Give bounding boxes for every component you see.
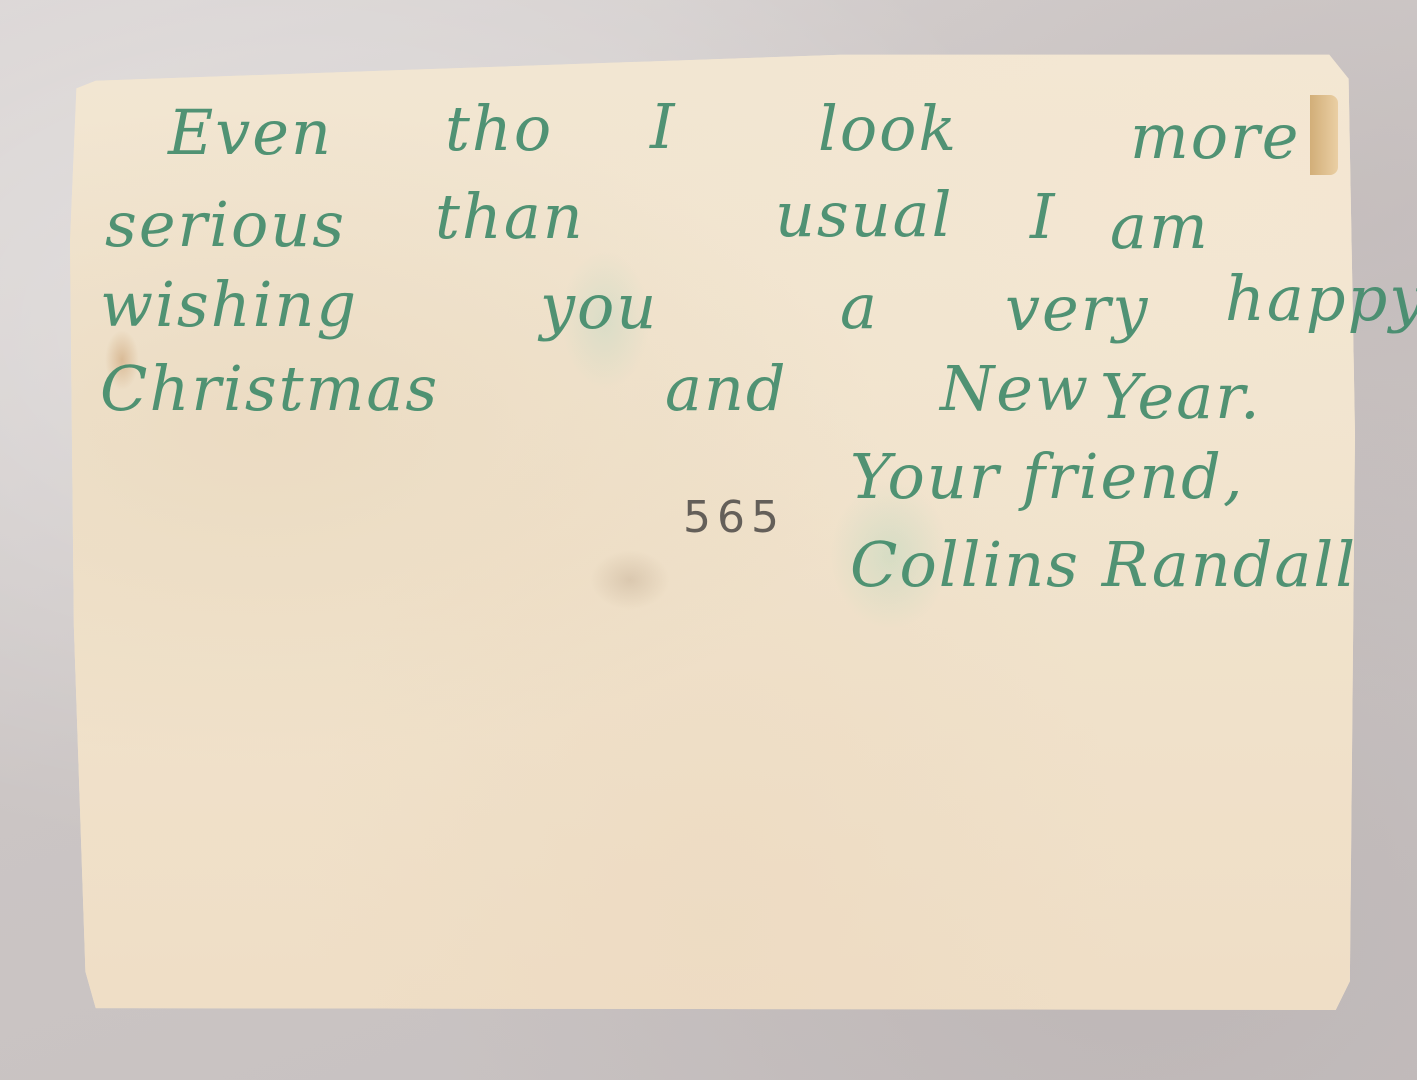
speckle-stain (590, 550, 670, 610)
curled-paper-edge (1310, 95, 1338, 175)
message-word: look (818, 92, 958, 165)
message-word: usual (775, 178, 953, 251)
message-word: New (940, 352, 1090, 425)
message-word: tho (445, 92, 553, 165)
message-word: more (1130, 100, 1300, 173)
message-word: Even (168, 96, 333, 169)
message-word: and (665, 352, 788, 425)
message-word: am (1110, 190, 1210, 263)
message-word: I (650, 90, 677, 163)
message-word: Year. (1100, 360, 1262, 433)
stamped-number: 565 (683, 492, 785, 543)
message-word: serious (105, 188, 346, 261)
message-word: a (840, 270, 879, 343)
signature: Collins Randall (850, 528, 1357, 601)
message-word: you (540, 270, 658, 343)
closing-line: Your friend, (850, 440, 1245, 513)
message-word: I (1030, 180, 1057, 253)
message-word: happy (1225, 262, 1417, 335)
message-word: very (1005, 272, 1149, 345)
message-word: Christmas (100, 352, 439, 425)
message-word: than (435, 180, 585, 253)
message-word: wishing (100, 268, 358, 341)
